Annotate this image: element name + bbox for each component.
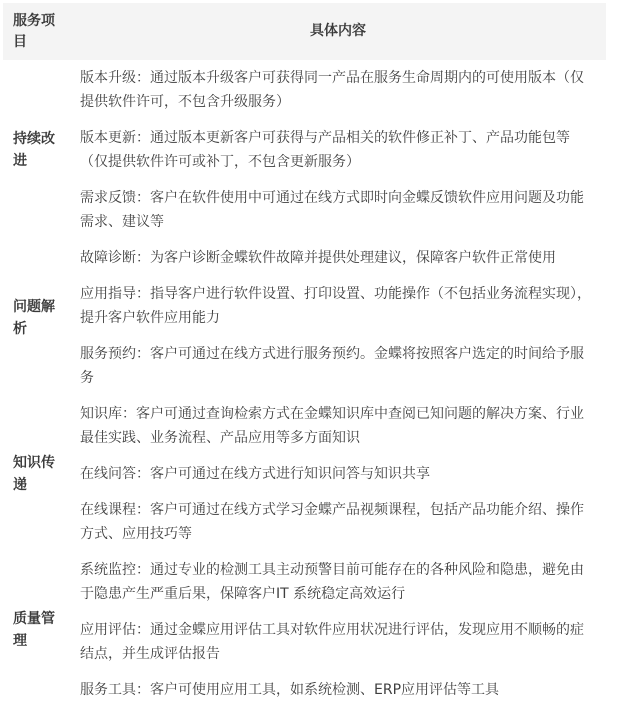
header-cell-content: 具体内容 xyxy=(70,3,606,60)
service-item-text: 在线课程：客户可通过在线方式学习金蝶产品视频课程，包括产品功能介绍、操作方式、应… xyxy=(70,492,606,552)
table-row: 应用评估：通过金蝶应用评估工具对软件应用状况进行评估，发现应用不顺畅的症结点，并… xyxy=(3,612,606,672)
table-row: 需求反馈：客户在软件使用中可通过在线方式即时向金蝶反馈软件应用问题及功能需求、建… xyxy=(3,180,606,240)
table-row: 在线课程：客户可通过在线方式学习金蝶产品视频课程，包括产品功能介绍、操作方式、应… xyxy=(3,492,606,552)
service-table: 服务项目 具体内容 持续改进版本升级：通过版本升级客户可获得同一产品在服务生命周… xyxy=(3,3,606,708)
header-cell-service-items: 服务项目 xyxy=(3,3,70,60)
service-item-text: 需求反馈：客户在软件使用中可通过在线方式即时向金蝶反馈软件应用问题及功能需求、建… xyxy=(70,180,606,240)
service-table-body: 持续改进版本升级：通过版本升级客户可获得同一产品在服务生命周期内的可使用版本（仅… xyxy=(3,60,606,708)
service-item-text: 知识库：客户可通过查询检索方式在金蝶知识库中查阅已知问题的解决方案、行业最佳实践… xyxy=(70,396,606,456)
table-row: 在线问答：客户可通过在线方式进行知识问答与知识共享 xyxy=(3,456,606,492)
page: 服务项目 具体内容 持续改进版本升级：通过版本升级客户可获得同一产品在服务生命周… xyxy=(0,0,644,708)
service-item-text: 版本升级：通过版本升级客户可获得同一产品在服务生命周期内的可使用版本（仅提供软件… xyxy=(70,60,606,120)
service-table-header: 服务项目 具体内容 xyxy=(3,3,606,60)
table-row: 问题解析故障诊断：为客户诊断金蝶软件故障并提供处理建议，保障客户软件正常使用 xyxy=(3,240,606,276)
service-item-text: 系统监控：通过专业的检测工具主动预警目前可能存在的各种风险和隐患，避免由于隐患产… xyxy=(70,552,606,612)
category-label: 质量管理 xyxy=(3,552,70,708)
table-row: 版本更新：通过版本更新客户可获得与产品相关的软件修正补丁、产品功能包等（仅提供软… xyxy=(3,120,606,180)
category-label: 知识传递 xyxy=(3,396,70,552)
table-row: 服务预约：客户可通过在线方式进行服务预约。金蝶将按照客户选定的时间给予服务 xyxy=(3,336,606,396)
service-item-text: 在线问答：客户可通过在线方式进行知识问答与知识共享 xyxy=(70,456,606,492)
table-row: 应用指导：指导客户进行软件设置、打印设置、功能操作（不包括业务流程实现），提升客… xyxy=(3,276,606,336)
service-item-text: 服务预约：客户可通过在线方式进行服务预约。金蝶将按照客户选定的时间给予服务 xyxy=(70,336,606,396)
table-row: 知识传递知识库：客户可通过查询检索方式在金蝶知识库中查阅已知问题的解决方案、行业… xyxy=(3,396,606,456)
table-row: 持续改进版本升级：通过版本升级客户可获得同一产品在服务生命周期内的可使用版本（仅… xyxy=(3,60,606,120)
category-label: 持续改进 xyxy=(3,60,70,240)
table-row: 服务工具：客户可使用应用工具，如系统检测、ERP应用评估等工具 xyxy=(3,672,606,708)
service-item-text: 故障诊断：为客户诊断金蝶软件故障并提供处理建议，保障客户软件正常使用 xyxy=(70,240,606,276)
service-item-text: 服务工具：客户可使用应用工具，如系统检测、ERP应用评估等工具 xyxy=(70,672,606,708)
table-row: 质量管理系统监控：通过专业的检测工具主动预警目前可能存在的各种风险和隐患，避免由… xyxy=(3,552,606,612)
header-row: 服务项目 具体内容 xyxy=(3,3,606,60)
service-item-text: 版本更新：通过版本更新客户可获得与产品相关的软件修正补丁、产品功能包等（仅提供软… xyxy=(70,120,606,180)
category-label: 问题解析 xyxy=(3,240,70,396)
service-item-text: 应用指导：指导客户进行软件设置、打印设置、功能操作（不包括业务流程实现），提升客… xyxy=(70,276,606,336)
service-item-text: 应用评估：通过金蝶应用评估工具对软件应用状况进行评估，发现应用不顺畅的症结点，并… xyxy=(70,612,606,672)
